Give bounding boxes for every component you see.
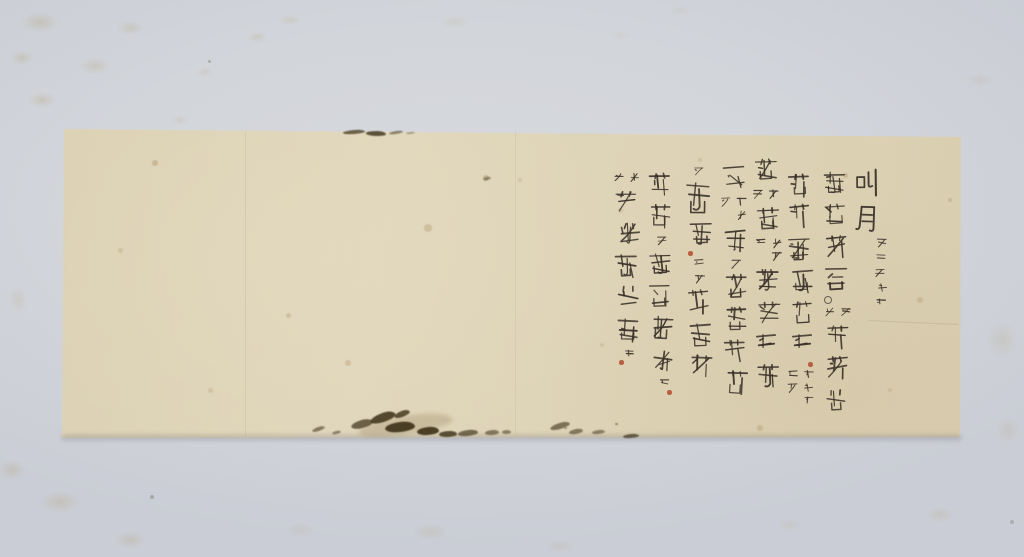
foxing-stain bbox=[243, 29, 271, 45]
tablature-glyph bbox=[617, 317, 640, 343]
tablature-glyph bbox=[724, 369, 749, 397]
tablature-glyph bbox=[756, 205, 780, 232]
tablature-glyph bbox=[723, 226, 748, 253]
tablature-glyph bbox=[689, 321, 713, 348]
annotation-glyph bbox=[694, 166, 704, 177]
tablature-glyph bbox=[754, 332, 778, 359]
foxing-stain bbox=[992, 412, 1024, 448]
foxing-stain bbox=[6, 48, 38, 68]
tablature-glyph bbox=[824, 387, 849, 414]
foxing-stain bbox=[22, 89, 62, 111]
annotation-glyph bbox=[877, 238, 887, 249]
tablature-glyph bbox=[723, 164, 748, 191]
tablature-glyph bbox=[725, 306, 749, 333]
pause-mark bbox=[625, 349, 634, 359]
annotation-glyph bbox=[737, 197, 747, 208]
foxing-stain bbox=[274, 12, 306, 28]
foxing-stain bbox=[666, 3, 694, 17]
foxing-stain bbox=[282, 520, 318, 540]
foxing-stain bbox=[542, 537, 578, 555]
foxing-stain bbox=[606, 28, 634, 42]
foxing-stain bbox=[73, 54, 117, 78]
annotation-glyph bbox=[876, 298, 886, 309]
annotation-glyph bbox=[772, 238, 782, 249]
foxing-stain bbox=[4, 282, 32, 318]
tablature-glyph bbox=[790, 299, 815, 327]
tablature-glyph bbox=[825, 356, 849, 383]
annotation-glyph bbox=[769, 189, 779, 200]
annotation-glyph bbox=[877, 283, 887, 294]
annotation-glyph bbox=[840, 307, 851, 319]
tablature-glyph bbox=[826, 324, 849, 350]
foxing-stain bbox=[112, 18, 148, 38]
annotation-glyph bbox=[788, 370, 798, 381]
tablature-glyph bbox=[788, 172, 812, 199]
tablature-glyph bbox=[649, 204, 672, 230]
tablature-glyph bbox=[650, 314, 674, 341]
annotation-glyph bbox=[721, 197, 731, 208]
red-accent-dot bbox=[667, 390, 672, 395]
dark-speck bbox=[1010, 520, 1014, 524]
paper-shadow bbox=[62, 435, 961, 440]
foxing-stain bbox=[435, 13, 475, 31]
annotation-glyph bbox=[737, 210, 747, 221]
tablature-glyph bbox=[823, 169, 848, 196]
annotation-glyph bbox=[694, 259, 704, 270]
annotation-glyph bbox=[772, 251, 782, 262]
tablature-glyph bbox=[787, 203, 812, 231]
annotation-glyph bbox=[756, 238, 766, 249]
tablature-glyph bbox=[824, 233, 849, 261]
paper-sheet bbox=[0, 0, 1024, 557]
tablature-glyph bbox=[686, 288, 711, 316]
foxing-stain bbox=[980, 314, 1024, 366]
tablature-glyph-large bbox=[854, 204, 881, 235]
tablature-glyph bbox=[617, 285, 640, 311]
tablature-glyph bbox=[755, 156, 780, 183]
foxing-stain bbox=[962, 70, 998, 90]
red-accent-dot bbox=[619, 360, 624, 365]
tablature-glyph bbox=[649, 171, 674, 198]
annotation-glyph bbox=[824, 307, 834, 318]
annotation-glyph bbox=[614, 172, 625, 184]
dark-speck bbox=[208, 60, 211, 63]
tablature-glyph bbox=[649, 282, 673, 309]
tablature-glyph bbox=[756, 268, 779, 294]
foxing-stain bbox=[406, 520, 454, 544]
tablature-glyph bbox=[618, 221, 641, 247]
tablature-glyph bbox=[689, 352, 713, 379]
red-accent-dot bbox=[808, 362, 813, 367]
foxing-stain bbox=[193, 65, 217, 79]
tablature-glyph bbox=[791, 332, 815, 359]
tablature-glyph bbox=[725, 274, 749, 301]
annotation-glyph bbox=[630, 172, 640, 183]
tablature-glyph bbox=[614, 252, 639, 279]
ink-circle-mark bbox=[824, 296, 832, 304]
annotation-glyph bbox=[657, 236, 667, 247]
annotation-glyph bbox=[730, 259, 740, 270]
annotation-glyph bbox=[876, 253, 886, 264]
foxing-stain bbox=[168, 113, 192, 127]
tablature-glyph bbox=[757, 364, 781, 391]
annotation-glyph bbox=[695, 274, 705, 285]
foxing-stain bbox=[108, 528, 152, 552]
annotation-glyph bbox=[804, 370, 815, 382]
annotation-glyph bbox=[804, 396, 814, 407]
pause-mark bbox=[659, 379, 668, 389]
foxing-stain bbox=[14, 8, 66, 36]
foxing-stain bbox=[0, 456, 32, 484]
annotation-glyph bbox=[788, 383, 798, 394]
tablature-glyph bbox=[652, 347, 676, 374]
tablature-glyph bbox=[822, 201, 847, 228]
tablature-glyph-large bbox=[685, 181, 711, 215]
tablature-glyph bbox=[757, 300, 781, 327]
manuscript-photograph: 叫月 Photograph of a horizontal handscroll… bbox=[0, 0, 1024, 557]
foxing-stain bbox=[774, 516, 806, 534]
tablature-glyph bbox=[722, 338, 746, 365]
annotation-glyph bbox=[875, 268, 885, 279]
dark-speck bbox=[150, 495, 154, 499]
annotation-glyph bbox=[804, 383, 814, 394]
foxing-stain bbox=[920, 504, 960, 526]
tablature-glyph bbox=[790, 268, 814, 295]
foxing-stain bbox=[34, 487, 86, 517]
tablature-glyph bbox=[689, 220, 714, 247]
tablature-glyph bbox=[825, 265, 850, 292]
tablature-glyph bbox=[614, 189, 638, 216]
red-accent-dot bbox=[688, 251, 693, 256]
tablature-glyph-large bbox=[854, 168, 880, 198]
tablature-glyph bbox=[648, 250, 673, 277]
annotation-glyph bbox=[753, 189, 763, 200]
tablature-glyph bbox=[788, 236, 812, 263]
